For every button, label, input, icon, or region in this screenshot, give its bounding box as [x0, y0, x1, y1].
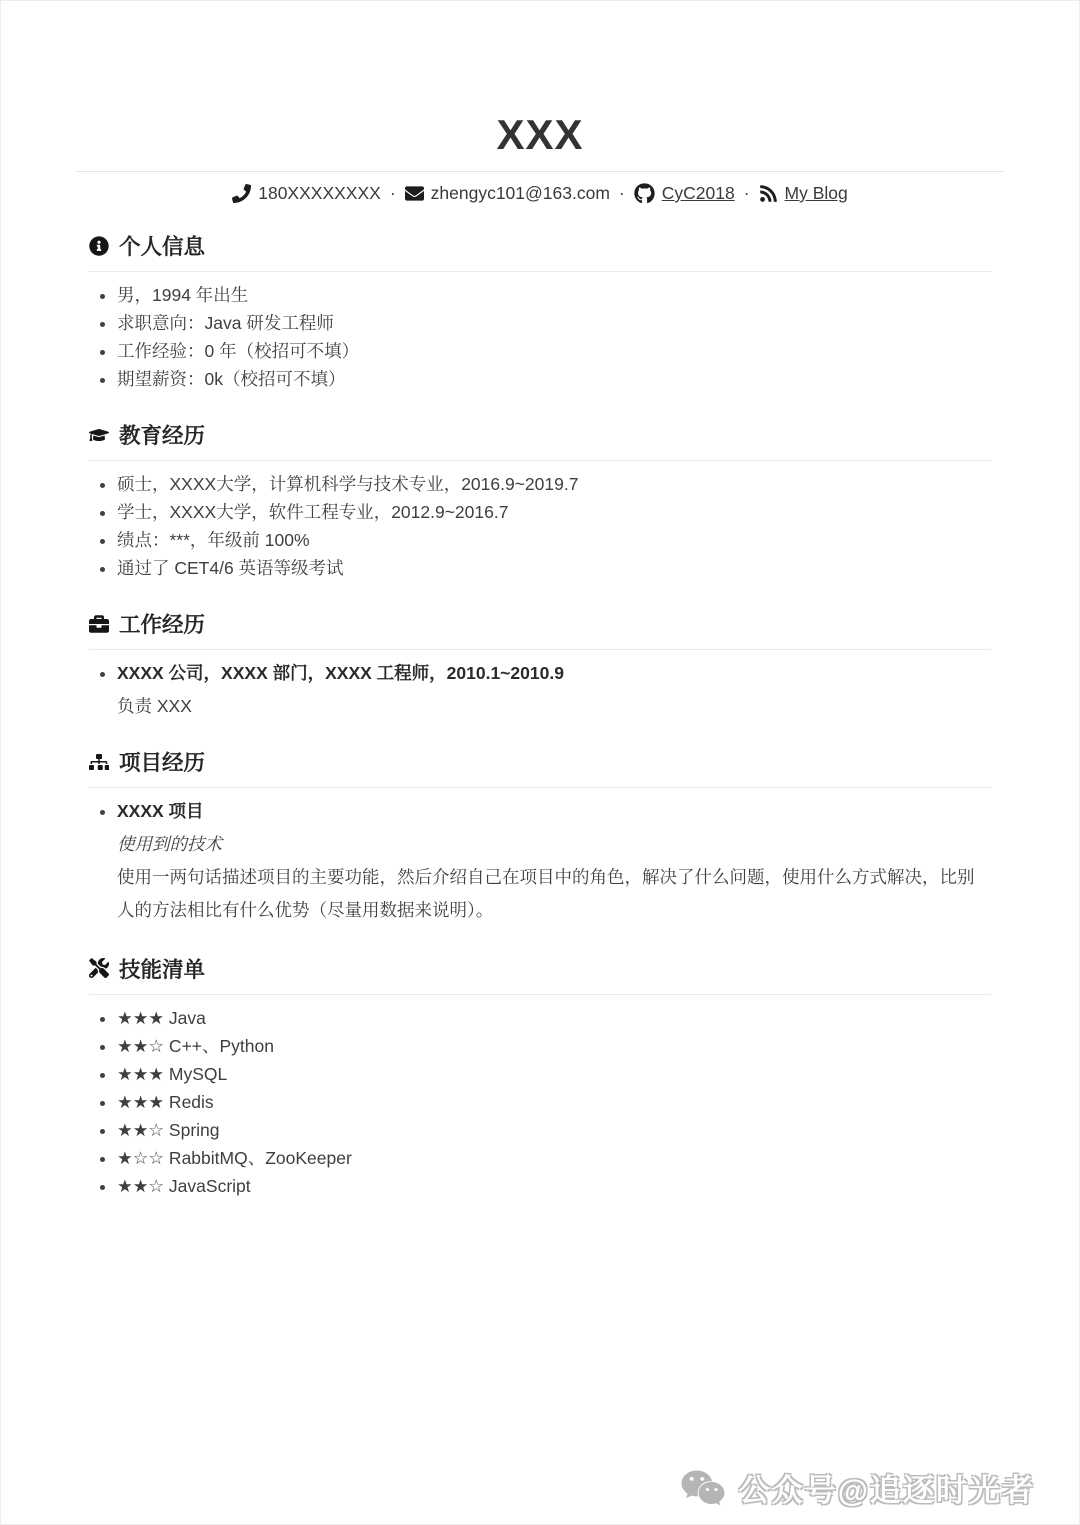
list-item: 男，1994 年出生	[117, 281, 991, 309]
resume-page: XXX 180XXXXXXXX · zhengyc101@163.com · C…	[1, 1, 1079, 1200]
work-entry: XXXX 公司，XXXX 部门，XXXX 工程师，2010.1~2010.9 负…	[117, 659, 991, 720]
separator-dot: ·	[619, 183, 625, 204]
github-icon	[634, 183, 655, 204]
work-entry-desc: 负责 XXX	[117, 692, 991, 720]
section-header-personal-info: 个人信息	[89, 230, 991, 272]
briefcase-icon	[89, 614, 109, 634]
project-entry-tech: 使用到的技术	[117, 830, 991, 858]
section-education: 教育经历 硕士，XXXX大学，计算机科学与技术专业，2016.9~2019.7 …	[89, 419, 991, 582]
envelope-icon	[405, 184, 424, 203]
education-list: 硕士，XXXX大学，计算机科学与技术专业，2016.9~2019.7 学士，XX…	[89, 470, 991, 582]
separator-dot: ·	[744, 183, 750, 204]
skills-list: ★★★ Java ★★☆ C++、Python ★★★ MySQL ★★★ Re…	[89, 1004, 991, 1200]
section-title: 个人信息	[119, 230, 205, 261]
list-item: 求职意向：Java 研发工程师	[117, 309, 991, 337]
list-item: 绩点：***，年级前 100%	[117, 526, 991, 554]
skill-item: ★★☆ C++、Python	[117, 1032, 991, 1060]
section-personal-info: 个人信息 男，1994 年出生 求职意向：Java 研发工程师 工作经验：0 年…	[89, 230, 991, 393]
section-header-work-experience: 工作经历	[89, 608, 991, 650]
section-title: 教育经历	[119, 419, 205, 450]
project-entry-desc: 使用一两句话描述项目的主要功能，然后介绍自己在项目中的角色，解决了什么问题，使用…	[117, 861, 991, 927]
skill-item: ★★☆ Spring	[117, 1116, 991, 1144]
section-header-skills: 技能清单	[89, 953, 991, 995]
list-item: 学士，XXXX大学，软件工程专业，2012.9~2016.7	[117, 498, 991, 526]
email-text: zhengyc101@163.com	[431, 183, 610, 204]
sitemap-icon	[89, 752, 109, 772]
work-experience-list: XXXX 公司，XXXX 部门，XXXX 工程师，2010.1~2010.9 负…	[89, 659, 991, 720]
tools-icon	[89, 958, 109, 978]
personal-info-list: 男，1994 年出生 求职意向：Java 研发工程师 工作经验：0 年（校招可不…	[89, 281, 991, 393]
project-entry: XXXX 项目 使用到的技术 使用一两句话描述项目的主要功能，然后介绍自己在项目…	[117, 797, 991, 927]
skill-item: ★☆☆ RabbitMQ、ZooKeeper	[117, 1144, 991, 1172]
section-work-experience: 工作经历 XXXX 公司，XXXX 部门，XXXX 工程师，2010.1~201…	[89, 608, 991, 720]
watermark: 公众号@追逐时光者	[680, 1465, 1035, 1510]
section-title: 项目经历	[119, 746, 205, 777]
graduation-cap-icon	[89, 425, 109, 445]
title-divider	[76, 171, 1004, 172]
project-entry-title: XXXX 项目	[117, 801, 204, 821]
section-header-project-experience: 项目经历	[89, 746, 991, 788]
rss-icon	[759, 184, 778, 203]
skill-item: ★★★ MySQL	[117, 1060, 991, 1088]
phone-icon	[232, 184, 251, 203]
separator-dot: ·	[390, 183, 396, 204]
project-experience-list: XXXX 项目 使用到的技术 使用一两句话描述项目的主要功能，然后介绍自己在项目…	[89, 797, 991, 927]
list-item: 工作经验：0 年（校招可不填）	[117, 337, 991, 365]
section-header-education: 教育经历	[89, 419, 991, 461]
list-item: 硕士，XXXX大学，计算机科学与技术专业，2016.9~2019.7	[117, 470, 991, 498]
skill-item: ★★☆ JavaScript	[117, 1172, 991, 1200]
section-title: 技能清单	[119, 953, 205, 984]
info-circle-icon	[89, 236, 109, 256]
phone-number: 180XXXXXXXX	[258, 183, 381, 204]
work-entry-title: XXXX 公司，XXXX 部门，XXXX 工程师，2010.1~2010.9	[117, 663, 564, 683]
skill-item: ★★★ Java	[117, 1004, 991, 1032]
section-project-experience: 项目经历 XXXX 项目 使用到的技术 使用一两句话描述项目的主要功能，然后介绍…	[89, 746, 991, 927]
section-skills: 技能清单 ★★★ Java ★★☆ C++、Python ★★★ MySQL ★…	[89, 953, 991, 1200]
blog-link[interactable]: My Blog	[785, 183, 848, 204]
wechat-icon	[680, 1468, 726, 1508]
watermark-text: 公众号@追逐时光者	[739, 1465, 1035, 1510]
page-title: XXX	[89, 1, 991, 159]
list-item: 通过了 CET4/6 英语等级考试	[117, 554, 991, 582]
list-item: 期望薪资：0k（校招可不填）	[117, 365, 991, 393]
contact-bar: 180XXXXXXXX · zhengyc101@163.com · CyC20…	[89, 183, 991, 204]
github-link[interactable]: CyC2018	[662, 183, 735, 204]
skill-item: ★★★ Redis	[117, 1088, 991, 1116]
section-title: 工作经历	[119, 608, 205, 639]
